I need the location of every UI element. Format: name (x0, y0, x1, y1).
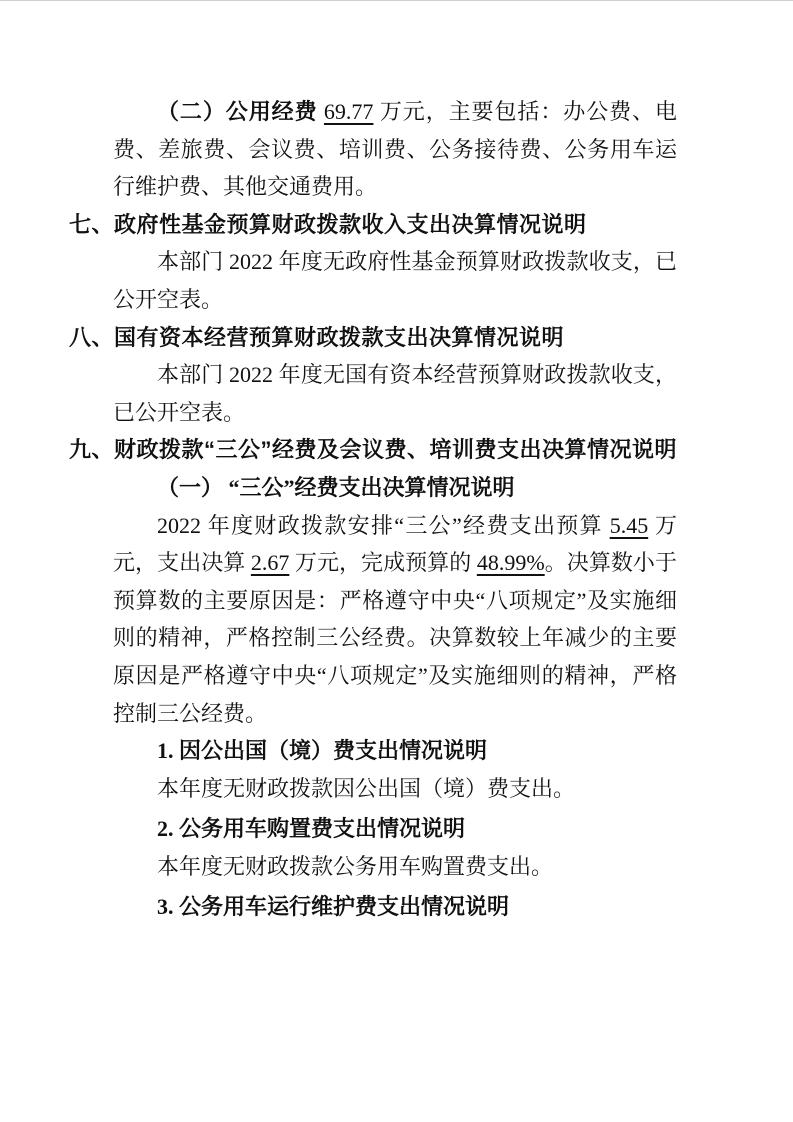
document-page: （二）公用经费 69.77 万元，主要包括：办公费、电费、差旅费、会议费、培训费… (0, 0, 793, 1122)
sangong-text-4: 。决算数小于预算数的主要原因是：严格遵守中央“八项规定”及实施细则的精神，严格控… (113, 550, 677, 725)
public-funds-amount: 69.77 (324, 99, 374, 124)
item-1-heading: 1. 因公出国（境）费支出情况说明 (113, 732, 677, 770)
document-content: （二）公用经费 69.77 万元，主要包括：办公费、电费、差旅费、会议费、培训费… (113, 93, 677, 926)
sangong-final-amount: 2.67 (251, 550, 290, 575)
heading-section-9: 九、财政拨款“三公”经费及会议费、培训费支出决算情况说明 (113, 431, 677, 469)
heading-section-7: 七、政府性基金预算财政拨款收入支出决算情况说明 (113, 206, 677, 244)
sangong-text-3: 万元，完成预算的 (289, 550, 477, 575)
sangong-budget-amount: 5.45 (610, 513, 649, 538)
sangong-text-1: 2022 年度财政拨款安排“三公”经费支出预算 (157, 513, 610, 538)
item-2-heading: 2. 公务用车购置费支出情况说明 (113, 810, 677, 848)
public-funds-label: （二）公用经费 (157, 99, 324, 124)
para-section-7: 本部门 2022 年度无政府性基金预算财政拨款收支，已公开空表。 (113, 243, 677, 318)
para-section-8: 本部门 2022 年度无国有资本经营预算财政拨款收支，已公开空表。 (113, 356, 677, 431)
item-1-body: 本年度无财政拨款因公出国（境）费支出。 (113, 770, 677, 808)
sangong-percent: 48.99% (477, 550, 545, 575)
item-3-heading: 3. 公务用车运行维护费支出情况说明 (113, 888, 677, 926)
para-public-funds: （二）公用经费 69.77 万元，主要包括：办公费、电费、差旅费、会议费、培训费… (113, 93, 677, 206)
para-sangong: 2022 年度财政拨款安排“三公”经费支出预算 5.45 万元，支出决算 2.6… (113, 507, 677, 733)
item-2-body: 本年度无财政拨款公务用车购置费支出。 (113, 848, 677, 886)
heading-section-8: 八、国有资本经营预算财政拨款支出决算情况说明 (113, 319, 677, 357)
subheading-sangong: （一） “三公”经费支出决算情况说明 (113, 469, 677, 507)
